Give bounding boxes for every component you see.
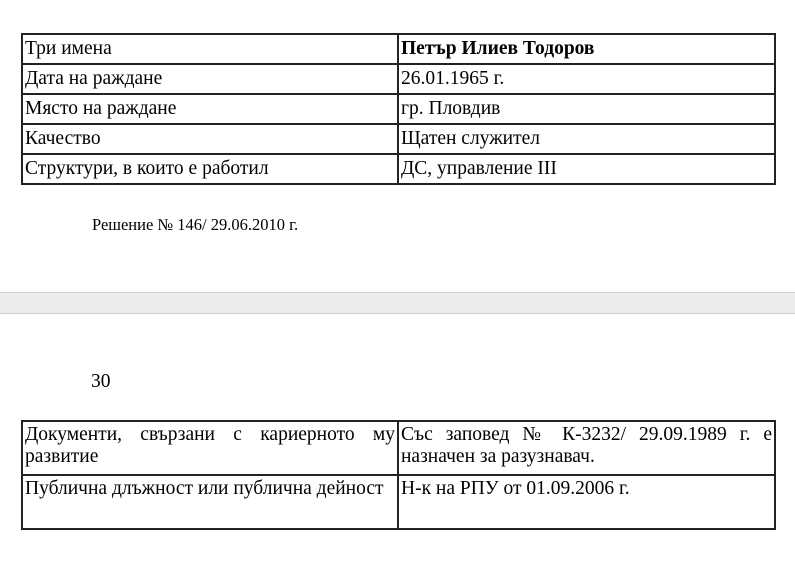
- table-row: Документи, свързани с кариерното му разв…: [22, 421, 775, 475]
- row-label: Качество: [22, 124, 398, 154]
- row-label: Дата на раждане: [22, 64, 398, 94]
- table-row: Качество Щатен служител: [22, 124, 775, 154]
- table-row: Публична длъжност или публична дейност Н…: [22, 475, 775, 529]
- row-label: Три имена: [22, 34, 398, 64]
- row-label: Структури, в които е работил: [22, 154, 398, 184]
- row-label: Място на раждане: [22, 94, 398, 124]
- decision-reference: Решение № 146/ 29.06.2010 г.: [92, 215, 298, 235]
- career-documents-value: Със заповед № К-3232/ 29.09.1989 г. е на…: [398, 421, 775, 475]
- table-row: Място на раждане гр. Пловдив: [22, 94, 775, 124]
- page-number: 30: [91, 371, 111, 393]
- personal-info-table: Три имена Петър Илиев Тодоров Дата на ра…: [21, 33, 776, 185]
- document-page-bottom: 30 Документи, свързани с кариерното му р…: [0, 314, 795, 574]
- row-label: Публична длъжност или публична дейност: [22, 475, 398, 529]
- full-name-value: Петър Илиев Тодоров: [398, 34, 775, 64]
- row-label: Документи, свързани с кариерното му разв…: [22, 421, 398, 475]
- page-separator: [0, 292, 795, 314]
- table-row: Структури, в които е работил ДС, управле…: [22, 154, 775, 184]
- table-row: Дата на раждане 26.01.1965 г.: [22, 64, 775, 94]
- structures-value: ДС, управление III: [398, 154, 775, 184]
- document-page-top: Три имена Петър Илиев Тодоров Дата на ра…: [0, 0, 795, 292]
- table-row: Три имена Петър Илиев Тодоров: [22, 34, 775, 64]
- birth-place-value: гр. Пловдив: [398, 94, 775, 124]
- birth-date-value: 26.01.1965 г.: [398, 64, 775, 94]
- career-info-table: Документи, свързани с кариерното му разв…: [21, 420, 776, 530]
- public-office-value: Н-к на РПУ от 01.09.2006 г.: [398, 475, 775, 529]
- capacity-value: Щатен служител: [398, 124, 775, 154]
